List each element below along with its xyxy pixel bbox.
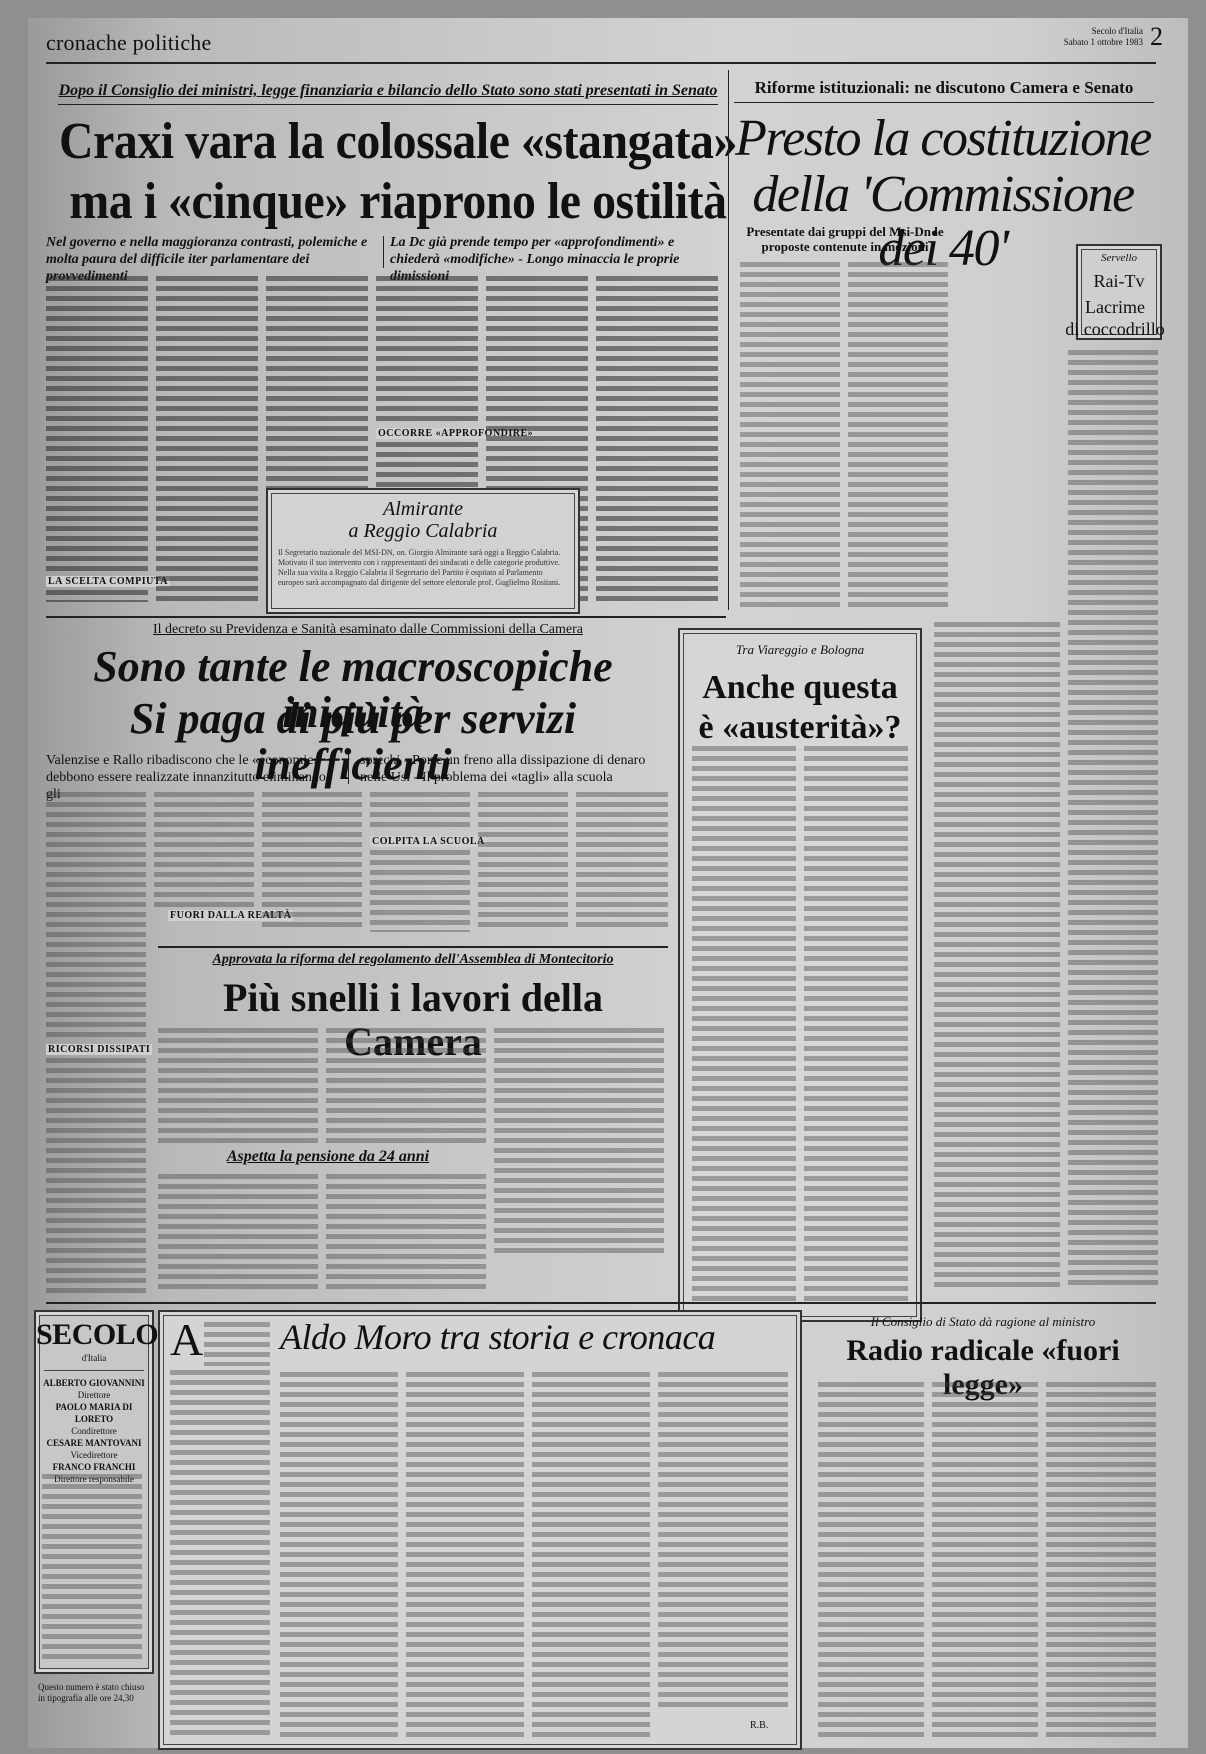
- newspaper-name: Secolo d'Italia: [1028, 26, 1143, 37]
- rule: [158, 946, 668, 948]
- craxi-column-2: [156, 276, 258, 606]
- commissione-column-3: [934, 622, 1060, 1290]
- almirante-title-1: Almirante: [268, 498, 578, 520]
- austerita-column-2: [804, 746, 908, 1306]
- almirante-title: Almirante a Reggio Calabria: [268, 498, 578, 542]
- servello-title-rest: Lacrime di coccodrillo: [1062, 296, 1168, 340]
- craxi-column-6: [596, 276, 718, 606]
- secolo-logo: SECOLO: [36, 1318, 152, 1352]
- iniquita-column-3: [262, 792, 362, 932]
- camera-column-5: [326, 1174, 486, 1294]
- staff-name: FRANCO FRANCHI: [36, 1461, 152, 1473]
- almirante-title-2: a Reggio Calabria: [268, 520, 578, 542]
- iniquita-column-5: [478, 792, 568, 932]
- iniquita-kicker: Il decreto su Previdenza e Sanità esamin…: [88, 622, 648, 638]
- masthead-rule: [46, 62, 1156, 64]
- camera-column-4: [158, 1174, 318, 1294]
- iniquita-column-1: [46, 792, 146, 1042]
- austerita-column-1: [692, 746, 796, 1306]
- craxi-headline-2: ma i «cinque» riaprono le ostilità: [58, 176, 739, 228]
- colophon-details: [42, 1474, 142, 1660]
- austerita-headline-2: è «austerità»?: [680, 708, 920, 748]
- camera-kicker: Approvata la riforma del regolamento del…: [158, 952, 668, 968]
- iniquita-column-4b: [370, 850, 470, 932]
- moro-dropcap: A: [170, 1320, 203, 1360]
- commissione-subhead: Presentate dai gruppi del Msi-Dn le prop…: [740, 224, 950, 254]
- servello-title-3: di coccodrillo: [1062, 318, 1168, 340]
- moro-column-1: [170, 1370, 270, 1740]
- moro-headline: Aldo Moro tra storia e cronaca: [280, 1316, 790, 1358]
- servello-byline: Servello: [1078, 252, 1160, 264]
- camera-subsection: Aspetta la pensione da 24 anni: [178, 1148, 478, 1166]
- craxi-kicker: Dopo il Consiglio dei ministri, legge fi…: [58, 82, 718, 100]
- commissione-kicker: Riforme istituzionali: ne discutono Came…: [734, 78, 1154, 98]
- rule: [58, 104, 718, 105]
- almirante-body: Il Segretario nazionale del MSI-DN, on. …: [278, 548, 568, 606]
- moro-box: A Aldo Moro tra storia e cronaca R.B.: [158, 1310, 802, 1750]
- almirante-box: Almirante a Reggio Calabria Il Segretari…: [266, 488, 580, 614]
- divider: [44, 1370, 144, 1371]
- rule: [383, 236, 384, 268]
- craxi-column-1-end: [46, 590, 148, 602]
- commissione-headline-1: Presto la costituzione: [728, 112, 1158, 166]
- iniquita-inline-head: COLPITA LA SCUOLA: [370, 836, 487, 847]
- camera-column-3: [494, 1028, 664, 1258]
- moro-signature: R.B.: [750, 1720, 768, 1731]
- iniquita-column-1b: [46, 1058, 146, 1296]
- logo-subtitle: d'Italia: [36, 1352, 152, 1364]
- staff-name: PAOLO MARIA DI LORETO: [36, 1401, 152, 1425]
- radio-column-1: [818, 1382, 924, 1742]
- page-number: 2: [1150, 22, 1163, 52]
- moro-column-4: [532, 1372, 650, 1740]
- staff-role: Direttore: [36, 1389, 152, 1401]
- moro-column-1-top: [204, 1322, 270, 1366]
- staff-role: Vicedirettore: [36, 1449, 152, 1461]
- servello-title-2: Lacrime: [1062, 296, 1168, 318]
- staff-name: CESARE MANTOVANI: [36, 1437, 152, 1449]
- craxi-column-1: [46, 276, 148, 576]
- radio-column-3: [1046, 1382, 1156, 1742]
- moro-column-2: [280, 1372, 398, 1740]
- masthead-info: Secolo d'Italia Sabato 1 ottobre 1983: [1028, 26, 1143, 48]
- iniquita-column-6: [576, 792, 668, 932]
- craxi-column-4: [376, 276, 478, 426]
- iniquita-subhead-right: sprechi - Porre un freno alla dissipazio…: [360, 752, 670, 786]
- moro-column-5: [658, 1372, 788, 1712]
- austerita-kicker: Tra Viareggio e Bologna: [680, 642, 920, 658]
- newspaper-page: cronache politiche Secolo d'Italia Sabat…: [28, 18, 1188, 1748]
- issue-date: Sabato 1 ottobre 1983: [1028, 37, 1143, 48]
- iniquita-column-2: [154, 792, 254, 908]
- iniquita-inline-head: RICORSI DISSIPATI: [46, 1044, 152, 1055]
- craxi-column-3: [266, 276, 368, 496]
- closing-note: Questo numero è stato chiuso in tipograf…: [38, 1682, 148, 1704]
- rule: [734, 102, 1154, 103]
- camera-column-1: [158, 1028, 318, 1146]
- colophon-box: SECOLO d'Italia ALBERTO GIOVANNINI Diret…: [34, 1310, 154, 1674]
- austerita-headline-1: Anche questa: [680, 668, 920, 708]
- craxi-headline-1: Craxi vara la colossale «stangata»: [58, 116, 739, 168]
- moro-column-3: [406, 1372, 524, 1740]
- servello-title-1: Rai-Tv: [1078, 270, 1160, 292]
- camera-column-2: [326, 1028, 486, 1146]
- iniquita-column-4: [370, 792, 470, 832]
- staff-name: ALBERTO GIOVANNINI: [36, 1377, 152, 1389]
- rule: [46, 1302, 1156, 1304]
- radio-kicker: Il Consiglio di Stato dà ragione al mini…: [808, 1314, 1158, 1330]
- craxi-inline-head: LA SCELTA COMPIUTA: [46, 576, 170, 587]
- austerita-box: Tra Viareggio e Bologna Anche questa è «…: [678, 628, 922, 1322]
- rule: [46, 616, 726, 618]
- staff-role: Condirettore: [36, 1425, 152, 1437]
- section-label: cronache politiche: [46, 30, 211, 56]
- servello-column: [1068, 350, 1158, 1290]
- radio-column-2: [932, 1382, 1038, 1742]
- rule: [348, 754, 349, 784]
- commissione-column-1: [740, 262, 840, 610]
- commissione-column-2: [848, 262, 948, 610]
